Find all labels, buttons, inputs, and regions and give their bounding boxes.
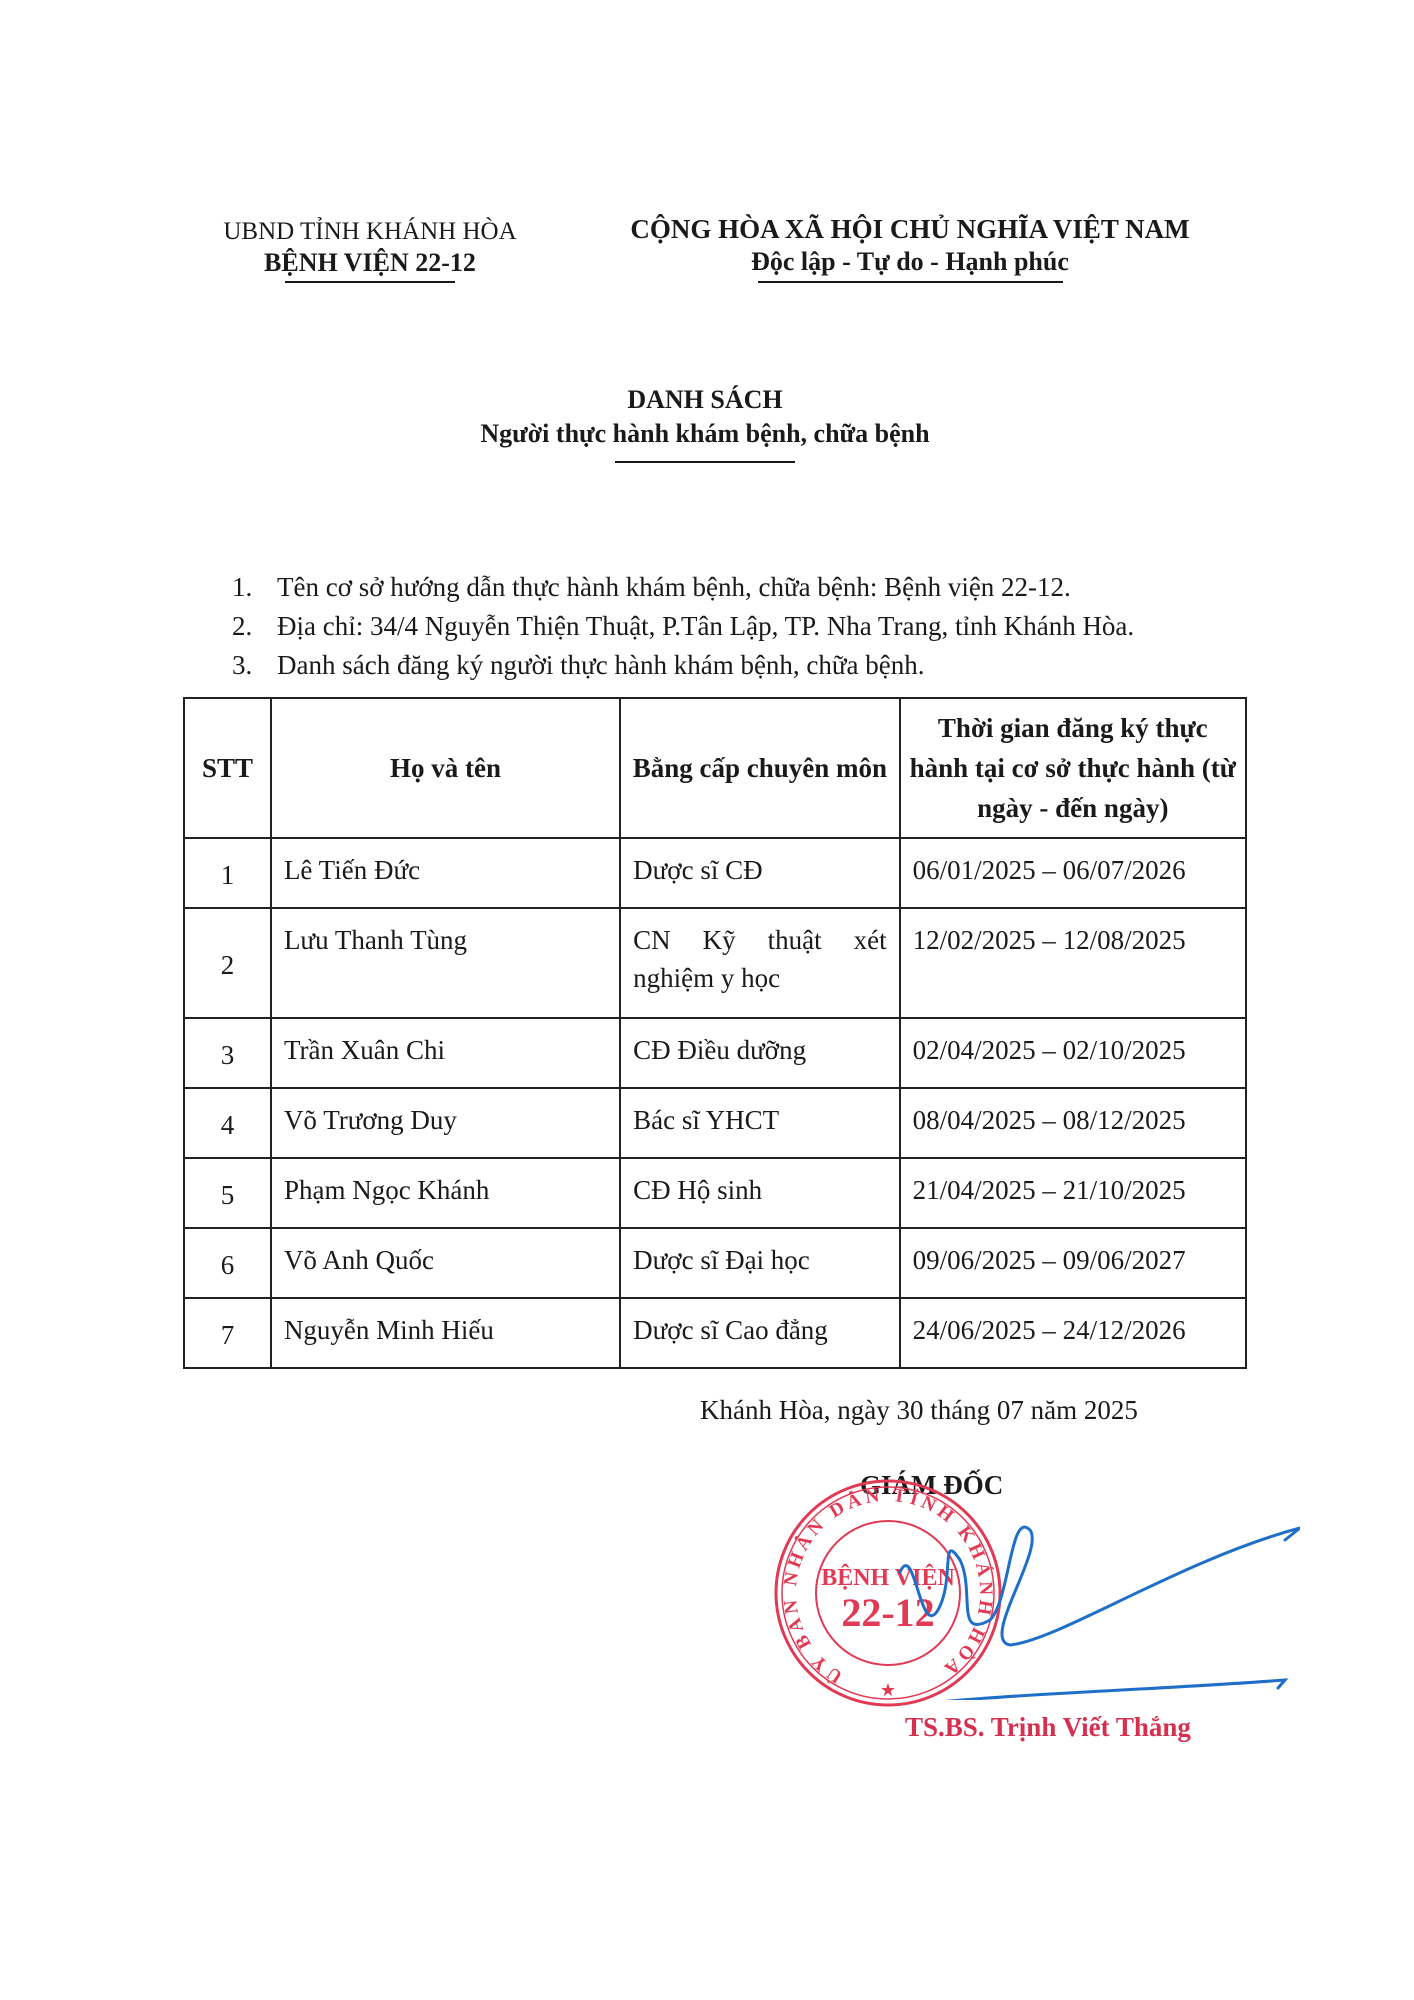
- row-period: 06/01/2025 – 06/07/2026: [900, 838, 1246, 908]
- signature-icon: [860, 1500, 1300, 1700]
- date-place: Khánh Hòa, ngày 30 tháng 07 năm 2025: [700, 1395, 1200, 1426]
- row-degree: CN Kỹ thuật xét nghiệm y học: [620, 908, 899, 1018]
- title-sub: Người thực hành khám bệnh, chữa bệnh: [380, 419, 1030, 449]
- table-row: 1Lê Tiến ĐứcDược sĩ CĐ06/01/2025 – 06/07…: [184, 838, 1246, 908]
- row-period: 24/06/2025 – 24/12/2026: [900, 1298, 1246, 1368]
- hospital-name: BỆNH VIỆN 22-12: [200, 248, 540, 278]
- row-period: 02/04/2025 – 02/10/2025: [900, 1018, 1246, 1088]
- table-row: 3Trần Xuân ChiCĐ Điều dưỡng02/04/2025 – …: [184, 1018, 1246, 1088]
- row-stt: 4: [184, 1088, 271, 1158]
- item-text: Danh sách đăng ký người thực hành khám b…: [277, 646, 925, 685]
- item-text: Tên cơ sở hướng dẫn thực hành khám bệnh,…: [277, 568, 1071, 607]
- document-title: DANH SÁCH Người thực hành khám bệnh, chữ…: [380, 385, 1030, 463]
- info-list: 1. Tên cơ sở hướng dẫn thực hành khám bệ…: [232, 568, 1232, 685]
- row-period: 21/04/2025 – 21/10/2025: [900, 1158, 1246, 1228]
- table-row: 7Nguyễn Minh HiếuDược sĩ Cao đẳng24/06/2…: [184, 1298, 1246, 1368]
- item-number: 3.: [232, 646, 277, 685]
- row-degree: CĐ Điều dưỡng: [620, 1018, 899, 1088]
- row-name: Lưu Thanh Tùng: [271, 908, 620, 1018]
- row-degree: Bác sĩ YHCT: [620, 1088, 899, 1158]
- row-stt: 7: [184, 1298, 271, 1368]
- item-number: 1.: [232, 568, 277, 607]
- province-committee: UBND TỈNH KHÁNH HÒA: [200, 218, 540, 246]
- row-degree: Dược sĩ CĐ: [620, 838, 899, 908]
- practitioner-table: STT Họ và tên Bằng cấp chuyên môn Thời g…: [183, 697, 1247, 1369]
- row-stt: 6: [184, 1228, 271, 1298]
- list-item: 3. Danh sách đăng ký người thực hành khá…: [232, 646, 1232, 685]
- row-name: Trần Xuân Chi: [271, 1018, 620, 1088]
- row-degree: Dược sĩ Cao đẳng: [620, 1298, 899, 1368]
- row-period: 08/04/2025 – 08/12/2025: [900, 1088, 1246, 1158]
- divider: [615, 461, 795, 463]
- row-name: Phạm Ngọc Khánh: [271, 1158, 620, 1228]
- col-name: Họ và tên: [271, 698, 620, 838]
- issuing-authority: UBND TỈNH KHÁNH HÒA BỆNH VIỆN 22-12: [200, 218, 540, 283]
- motto: Độc lập - Tự do - Hạnh phúc: [600, 247, 1220, 277]
- col-degree: Bằng cấp chuyên môn: [620, 698, 899, 838]
- row-name: Võ Trương Duy: [271, 1088, 620, 1158]
- country-name: CỘNG HÒA XÃ HỘI CHỦ NGHĨA VIỆT NAM: [600, 214, 1220, 245]
- row-name: Lê Tiến Đức: [271, 838, 620, 908]
- row-degree: CĐ Hộ sinh: [620, 1158, 899, 1228]
- item-text: Địa chỉ: 34/4 Nguyễn Thiện Thuật, P.Tân …: [277, 607, 1134, 646]
- table-row: 6Võ Anh QuốcDược sĩ Đại học09/06/2025 – …: [184, 1228, 1246, 1298]
- row-period: 12/02/2025 – 12/08/2025: [900, 908, 1246, 1018]
- table-row: 2Lưu Thanh TùngCN Kỹ thuật xét nghiệm y …: [184, 908, 1246, 1018]
- col-period: Thời gian đăng ký thực hành tại cơ sở th…: [900, 698, 1246, 838]
- title-main: DANH SÁCH: [380, 385, 1030, 415]
- row-stt: 1: [184, 838, 271, 908]
- list-item: 1. Tên cơ sở hướng dẫn thực hành khám bệ…: [232, 568, 1232, 607]
- divider: [758, 281, 1063, 283]
- signer-name: TS.BS. Trịnh Viết Thắng: [905, 1712, 1191, 1743]
- table-header-row: STT Họ và tên Bằng cấp chuyên môn Thời g…: [184, 698, 1246, 838]
- table-row: 4Võ Trương DuyBác sĩ YHCT08/04/2025 – 08…: [184, 1088, 1246, 1158]
- row-degree: Dược sĩ Đại học: [620, 1228, 899, 1298]
- row-name: Võ Anh Quốc: [271, 1228, 620, 1298]
- item-number: 2.: [232, 607, 277, 646]
- row-stt: 5: [184, 1158, 271, 1228]
- col-stt: STT: [184, 698, 271, 838]
- row-period: 09/06/2025 – 09/06/2027: [900, 1228, 1246, 1298]
- national-header: CỘNG HÒA XÃ HỘI CHỦ NGHĨA VIỆT NAM Độc l…: [600, 214, 1220, 283]
- table-row: 5Phạm Ngọc KhánhCĐ Hộ sinh21/04/2025 – 2…: [184, 1158, 1246, 1228]
- list-item: 2. Địa chỉ: 34/4 Nguyễn Thiện Thuật, P.T…: [232, 607, 1232, 646]
- divider: [285, 281, 455, 283]
- row-stt: 3: [184, 1018, 271, 1088]
- row-name: Nguyễn Minh Hiếu: [271, 1298, 620, 1368]
- row-stt: 2: [184, 908, 271, 1018]
